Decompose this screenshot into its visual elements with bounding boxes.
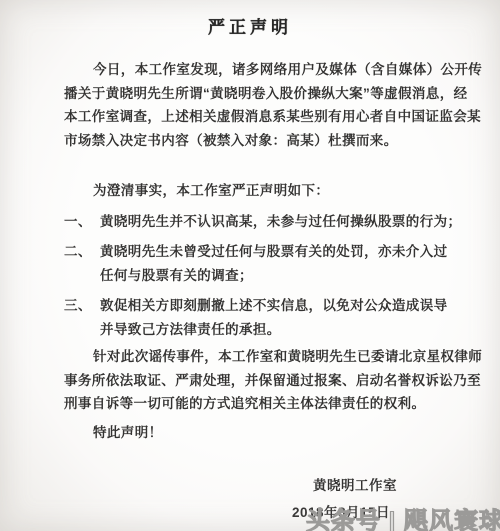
statement-body: 今日，本工作室发现，诸多网络用户及媒体（含自媒体）公开传 播关于黄晓明先生所谓“… xyxy=(64,58,442,444)
item-marker: 二、 xyxy=(64,240,100,264)
lead-in-paragraph: 为澄清事实，本工作室严正声明如下： xyxy=(64,179,442,203)
intro-line: 今日，本工作室发现，诸多网络用户及媒体（含自媒体）公开传 xyxy=(64,58,442,82)
intro-line: 市场禁入决定书内容（被禁入对象：高某）杜撰而来。 xyxy=(64,129,442,153)
item-line: 并导致己方法律责任的承担。 xyxy=(100,318,448,342)
item-line: 黄晓明先生并不认识高某，未参与过任何操纵股票的行为； xyxy=(100,210,461,234)
signature: 黄晓明工作室 xyxy=(0,474,500,498)
item-line: 任何与股票有关的调查； xyxy=(100,264,448,288)
numbered-item-3: 三、 敦促相关方即刻删撤上述不实信息，以免对公众造成误导 并导致己方法律责任的承… xyxy=(64,294,442,341)
closing-paragraph: 特此声明！ xyxy=(64,421,442,445)
intro-line: 本工作室调查，上述相关虚假消息系某些别有用心者自中国证监会某 xyxy=(64,105,442,129)
numbered-item-1: 一、 黄晓明先生并不认识高某，未参与过任何操纵股票的行为； xyxy=(64,210,442,234)
intro-line: 播关于黄晓明先生所谓“黄晓明卷入股价操纵大案”等虚假消息，经 xyxy=(64,82,442,106)
source-watermark: 头条号 | 飓风寰球 xyxy=(306,501,500,531)
closing-line: 特此声明！ xyxy=(64,421,442,445)
statement-document: 严正声明 今日，本工作室发现，诸多网络用户及媒体（含自媒体）公开传 播关于黄晓明… xyxy=(0,0,500,531)
item-text: 黄晓明先生未曾受过任何与股票有关的处罚，亦未介入过 任何与股票有关的调查； xyxy=(100,240,448,287)
numbered-list: 一、 黄晓明先生并不认识高某，未参与过任何操纵股票的行为； 二、 黄晓明先生未曾… xyxy=(64,210,442,342)
intro-paragraph: 今日，本工作室发现，诸多网络用户及媒体（含自媒体）公开传 播关于黄晓明先生所谓“… xyxy=(64,58,442,152)
item-line: 黄晓明先生未曾受过任何与股票有关的处罚，亦未介入过 xyxy=(100,240,448,264)
legal-line: 事务所依法取证、严肃处理，并保留通过报案、启动名誉权诉讼乃至 xyxy=(64,369,442,393)
item-text: 黄晓明先生并不认识高某，未参与过任何操纵股票的行为； xyxy=(100,210,461,234)
item-text: 敦促相关方即刻删撤上述不实信息，以免对公众造成误导 并导致己方法律责任的承担。 xyxy=(100,294,448,341)
item-marker: 三、 xyxy=(64,294,100,318)
statement-title: 严正声明 xyxy=(0,0,500,38)
item-line: 敦促相关方即刻删撤上述不实信息，以免对公众造成误导 xyxy=(100,294,448,318)
legal-line: 刑事自诉等一切可能的方式追究相关主体法律责任的权利。 xyxy=(64,392,442,416)
item-marker: 一、 xyxy=(64,210,100,234)
lead-in-line: 为澄清事实，本工作室严正声明如下： xyxy=(64,179,442,203)
legal-line: 针对此次谣传事件，本工作室和黄晓明先生已委请北京星权律师 xyxy=(64,345,442,369)
numbered-item-2: 二、 黄晓明先生未曾受过任何与股票有关的处罚，亦未介入过 任何与股票有关的调查； xyxy=(64,240,442,287)
legal-action-paragraph: 针对此次谣传事件，本工作室和黄晓明先生已委请北京星权律师 事务所依法取证、严肃处… xyxy=(64,345,442,416)
